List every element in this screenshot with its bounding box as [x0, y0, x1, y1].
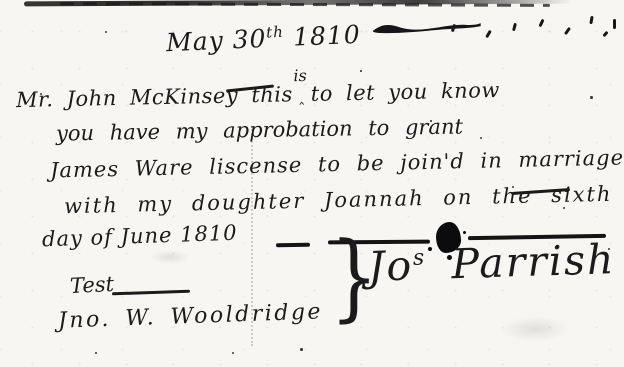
date-ordinal-suffix: th — [266, 23, 284, 42]
body-line-4: day of June 1810 — [42, 222, 238, 252]
paper-speck — [563, 207, 565, 209]
ink-mark — [512, 23, 517, 31]
ink-mark — [613, 19, 616, 29]
paper-speck — [360, 70, 362, 72]
signature-superscript: s — [413, 245, 427, 270]
inserted-word: is — [293, 67, 307, 85]
ink-mark — [538, 19, 544, 28]
scan-edge-artifact — [60, 2, 550, 7]
caret-mark: ‸ — [299, 87, 305, 105]
signature-surname: Parrish — [451, 235, 616, 288]
principal-signature: Jos Parrish — [367, 237, 616, 290]
pen-dash — [276, 243, 310, 247]
salutation-line: Mr. John McKinsey thisis‸to let you know — [16, 79, 500, 112]
date-year: 1810 — [292, 20, 361, 52]
body-line-2: James Ware liscense to be join'd in marr… — [50, 146, 624, 182]
witness-signature: Jno. W. Wooldridge — [58, 300, 324, 333]
date-line: May 30th 1810 — [166, 15, 484, 57]
date-month-day: May 30 — [166, 24, 268, 57]
salutation-after-insert: to let you know — [310, 78, 500, 106]
ink-mark — [564, 27, 571, 35]
ink-mark — [589, 16, 593, 24]
paper-speck — [95, 352, 97, 354]
paper-smudge — [150, 250, 190, 264]
pen-flourish — [112, 290, 190, 296]
ink-mark — [602, 31, 608, 38]
body-line-3: with my doughter Joannah on the sixth — [64, 183, 613, 219]
paper-speck — [590, 96, 593, 99]
scanned-document: May 30th 1810 Mr. John McKinsey thisis‸t… — [0, 0, 624, 367]
paper-speck — [232, 352, 234, 354]
paper-speck — [300, 348, 303, 351]
signature-given: Jo — [367, 241, 414, 290]
body-line-1: you have my approbation to grant — [56, 115, 463, 145]
paper-smudge — [500, 316, 570, 342]
paper-speck — [105, 31, 107, 33]
paper-speck — [480, 137, 482, 139]
ink-blot-satellite — [463, 231, 466, 234]
insertion: is‸ — [293, 83, 311, 106]
pen-flourish — [370, 17, 483, 36]
attestation-label: Test — [69, 273, 114, 298]
ink-mark — [485, 30, 492, 38]
